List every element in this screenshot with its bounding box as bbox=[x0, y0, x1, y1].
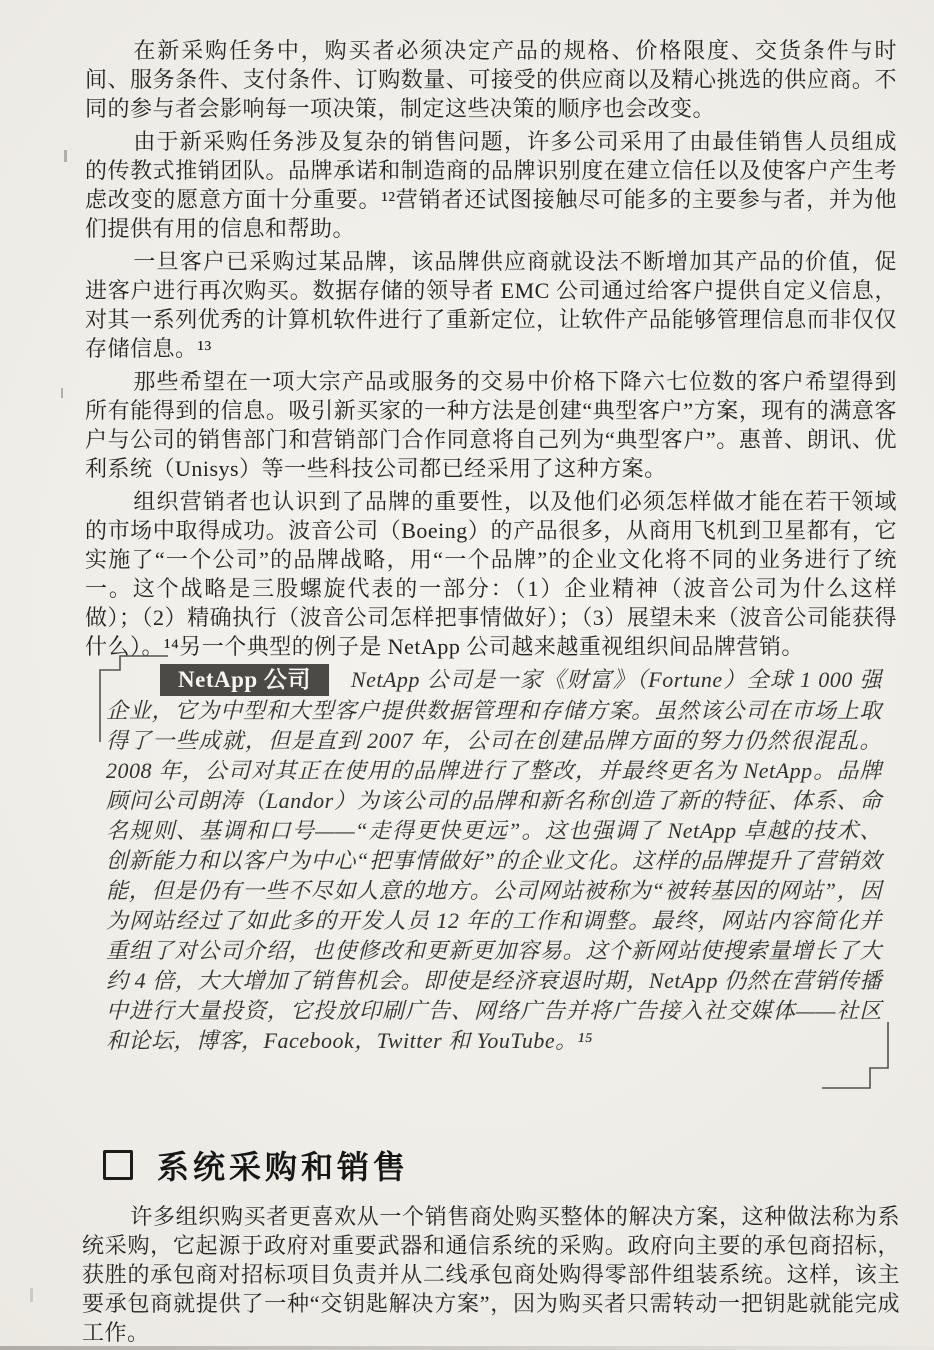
netapp-badge: NetApp 公司 bbox=[160, 664, 329, 696]
netapp-case-box: NetApp 公司NetApp 公司是一家《财富》（Fortune）全球 1 0… bbox=[106, 664, 882, 1056]
netapp-box-paragraph: NetApp 公司NetApp 公司是一家《财富》（Fortune）全球 1 0… bbox=[106, 664, 882, 1056]
scan-artifact bbox=[61, 388, 63, 398]
corner-bracket-bottom-right-icon bbox=[820, 1020, 892, 1090]
body-paragraph-3: 一旦客户已采购过某品牌，该品牌供应商就设法不断增加其产品的价值，促进客户进行再次… bbox=[85, 247, 897, 363]
section-title: 系统采购和销售 bbox=[157, 1142, 409, 1188]
scan-artifact bbox=[30, 1288, 33, 1302]
scanned-book-page: 在新采购任务中，购买者必须决定产品的规格、价格限度、交货条件与时间、服务条件、支… bbox=[0, 0, 934, 1350]
body-paragraph-1: 在新采购任务中，购买者必须决定产品的规格、价格限度、交货条件与时间、服务条件、支… bbox=[85, 36, 897, 123]
netapp-box-text: NetApp 公司是一家《财富》（Fortune）全球 1 000 强企业，它为… bbox=[106, 667, 882, 1053]
body-paragraph-5: 组织营销者也认识到了品牌的重要性，以及他们必须怎样做才能在若干领域的市场中取得成… bbox=[85, 487, 897, 661]
closing-section: 许多组织购买者更喜欢从一个销售商处购买整体的解决方案，这种做法称为系统采购，它起… bbox=[82, 1202, 900, 1347]
body-paragraph-4: 那些希望在一项大宗产品或服务的交易中价格下降六七位数的客户希望得到所有能得到的信… bbox=[85, 367, 897, 483]
section-heading: 系统采购和销售 bbox=[103, 1142, 409, 1188]
body-paragraph-2: 由于新采购任务涉及复杂的销售问题，许多公司采用了由最佳销售人员组成的传教式推销团… bbox=[85, 127, 897, 243]
section-marker-square-icon bbox=[103, 1150, 133, 1180]
scan-artifact bbox=[64, 150, 67, 162]
intro-paragraphs: 在新采购任务中，购买者必须决定产品的规格、价格限度、交货条件与时间、服务条件、支… bbox=[85, 36, 897, 661]
closing-paragraph: 许多组织购买者更喜欢从一个销售商处购买整体的解决方案，这种做法称为系统采购，它起… bbox=[82, 1202, 900, 1347]
scan-edge-smudge bbox=[0, 1346, 934, 1350]
